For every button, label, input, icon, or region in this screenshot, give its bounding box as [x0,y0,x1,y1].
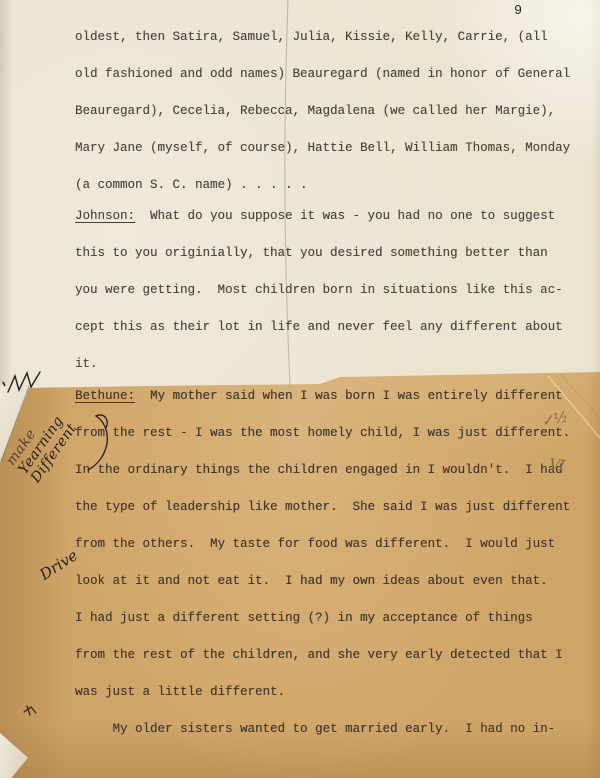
typed-line: the type of leadership like mother. She … [75,500,570,515]
bethune-lead-text: My mother said when I was born I was ent… [135,389,563,403]
typed-line: oldest, then Satira, Samuel, Julia, Kiss… [75,30,548,45]
typed-line: My older sisters wanted to get married e… [75,722,555,737]
typed-line: this to you originially, that you desire… [75,246,548,261]
johnson-lead-text: What do you suppose it was - you had no … [135,209,555,223]
typed-line: In the ordinary things the children enga… [75,463,563,478]
typed-line: was just a little different. [75,685,285,700]
typed-line-johnson-start: Johnson: What do you suppose it was - yo… [75,209,555,224]
typed-line: (a common S. C. name) . . . . . [75,178,308,193]
typed-line: Mary Jane (myself, of course), Hattie Be… [75,141,570,156]
pencil-roman-numeral-mark: VI [548,455,565,475]
typed-line: you were getting. Most children born in … [75,283,563,298]
speaker-label-johnson: Johnson: [75,209,135,223]
typed-line: from the rest - I was the most homely ch… [75,426,570,441]
typed-line: old fashioned and odd names) Beauregard … [75,67,570,82]
page-number: 9 [514,4,523,19]
scanned-transcript-page: { "page": { "number": "9" }, "colors": {… [0,0,600,778]
speaker-label-bethune: Bethune: [75,389,135,403]
typed-line: it. [75,357,98,372]
typed-line: from the rest of the children, and she v… [75,648,563,663]
typed-line: cept this as their lot in life and never… [75,320,563,335]
typed-line: from the others. My taste for food was d… [75,537,555,552]
typed-line: Beauregard), Cecelia, Rebecca, Magdalena… [75,104,555,119]
typed-line: look at it and not eat it. I had my own … [75,574,548,589]
typed-line-bethune-start: Bethune: My mother said when I was born … [75,389,563,404]
typed-line: I had just a different setting (?) in my… [75,611,533,626]
